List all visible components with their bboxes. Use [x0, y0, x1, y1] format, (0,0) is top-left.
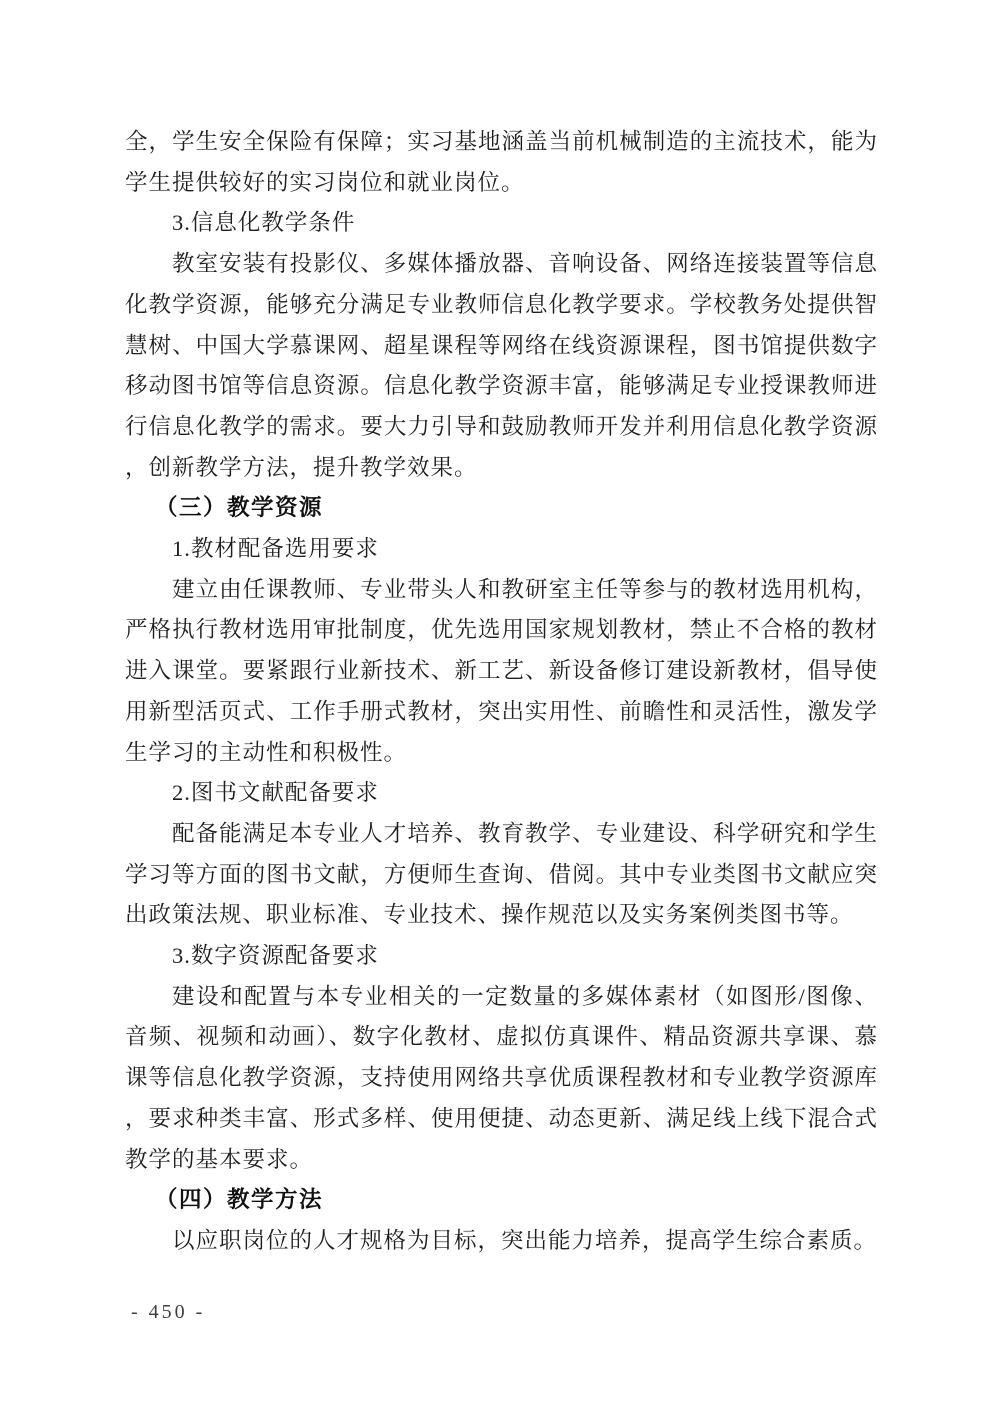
paragraph-teaching-methods: 以应职岗位的人才规格为目标，突出能力培养，提高学生综合素质。: [125, 1221, 878, 1262]
document-page: 全，学生安全保险有保障；实习基地涵盖当前机械制造的主流技术，能为学生提供较好的实…: [0, 0, 1000, 1414]
numbered-item-3-info-teaching: 3.信息化教学条件: [125, 203, 878, 244]
paragraph-digital-resources: 建设和配置与本专业相关的一定数量的多媒体素材（如图形/图像、音频、视频和动画）、…: [125, 977, 878, 1181]
section-heading-teaching-methods: （四）教学方法: [125, 1180, 878, 1221]
numbered-item-2-library: 2.图书文献配备要求: [125, 773, 878, 814]
paragraph-textbook-selection: 建立由任课教师、专业带头人和教研室主任等参与的教材选用机构，严格执行教材选用审批…: [125, 570, 878, 774]
paragraph-info-teaching-resources: 教室安装有投影仪、多媒体播放器、音响设备、网络连接装置等信息化教学资源，能够充分…: [125, 244, 878, 488]
paragraph-library-documents: 配备能满足本专业人才培养、教育教学、专业建设、科学研究和学生学习等方面的图书文献…: [125, 814, 878, 936]
page-body: 全，学生安全保险有保障；实习基地涵盖当前机械制造的主流技术，能为学生提供较好的实…: [125, 122, 878, 1262]
numbered-item-3-digital: 3.数字资源配备要求: [125, 936, 878, 977]
numbered-item-1-textbook: 1.教材配备选用要求: [125, 529, 878, 570]
page-number: - 450 -: [131, 1301, 205, 1324]
paragraph-continuation: 全，学生安全保险有保障；实习基地涵盖当前机械制造的主流技术，能为学生提供较好的实…: [125, 122, 878, 203]
section-heading-teaching-resources: （三）教学资源: [125, 488, 878, 529]
